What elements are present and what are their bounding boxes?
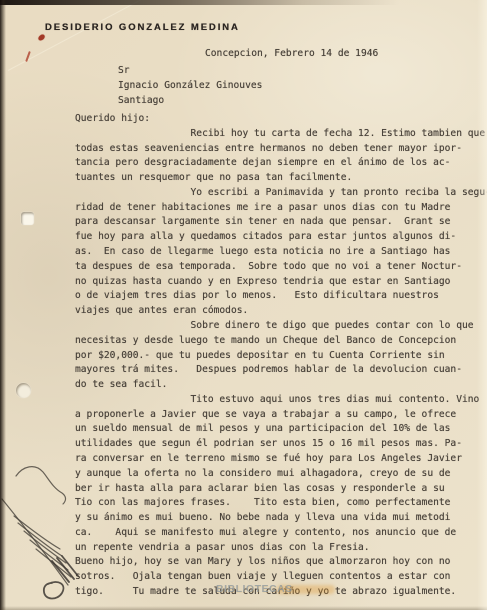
scan-edge-left bbox=[0, 0, 6, 610]
pencil-hand-sketch bbox=[0, 0, 487, 610]
scan-edge-top bbox=[0, 0, 487, 5]
scan-edge-bottom bbox=[0, 606, 487, 610]
scan-edge-right bbox=[477, 0, 487, 610]
scanned-letter-page: DESIDERIO GONZALEZ MEDINA Concepcion, Fe… bbox=[0, 0, 487, 610]
